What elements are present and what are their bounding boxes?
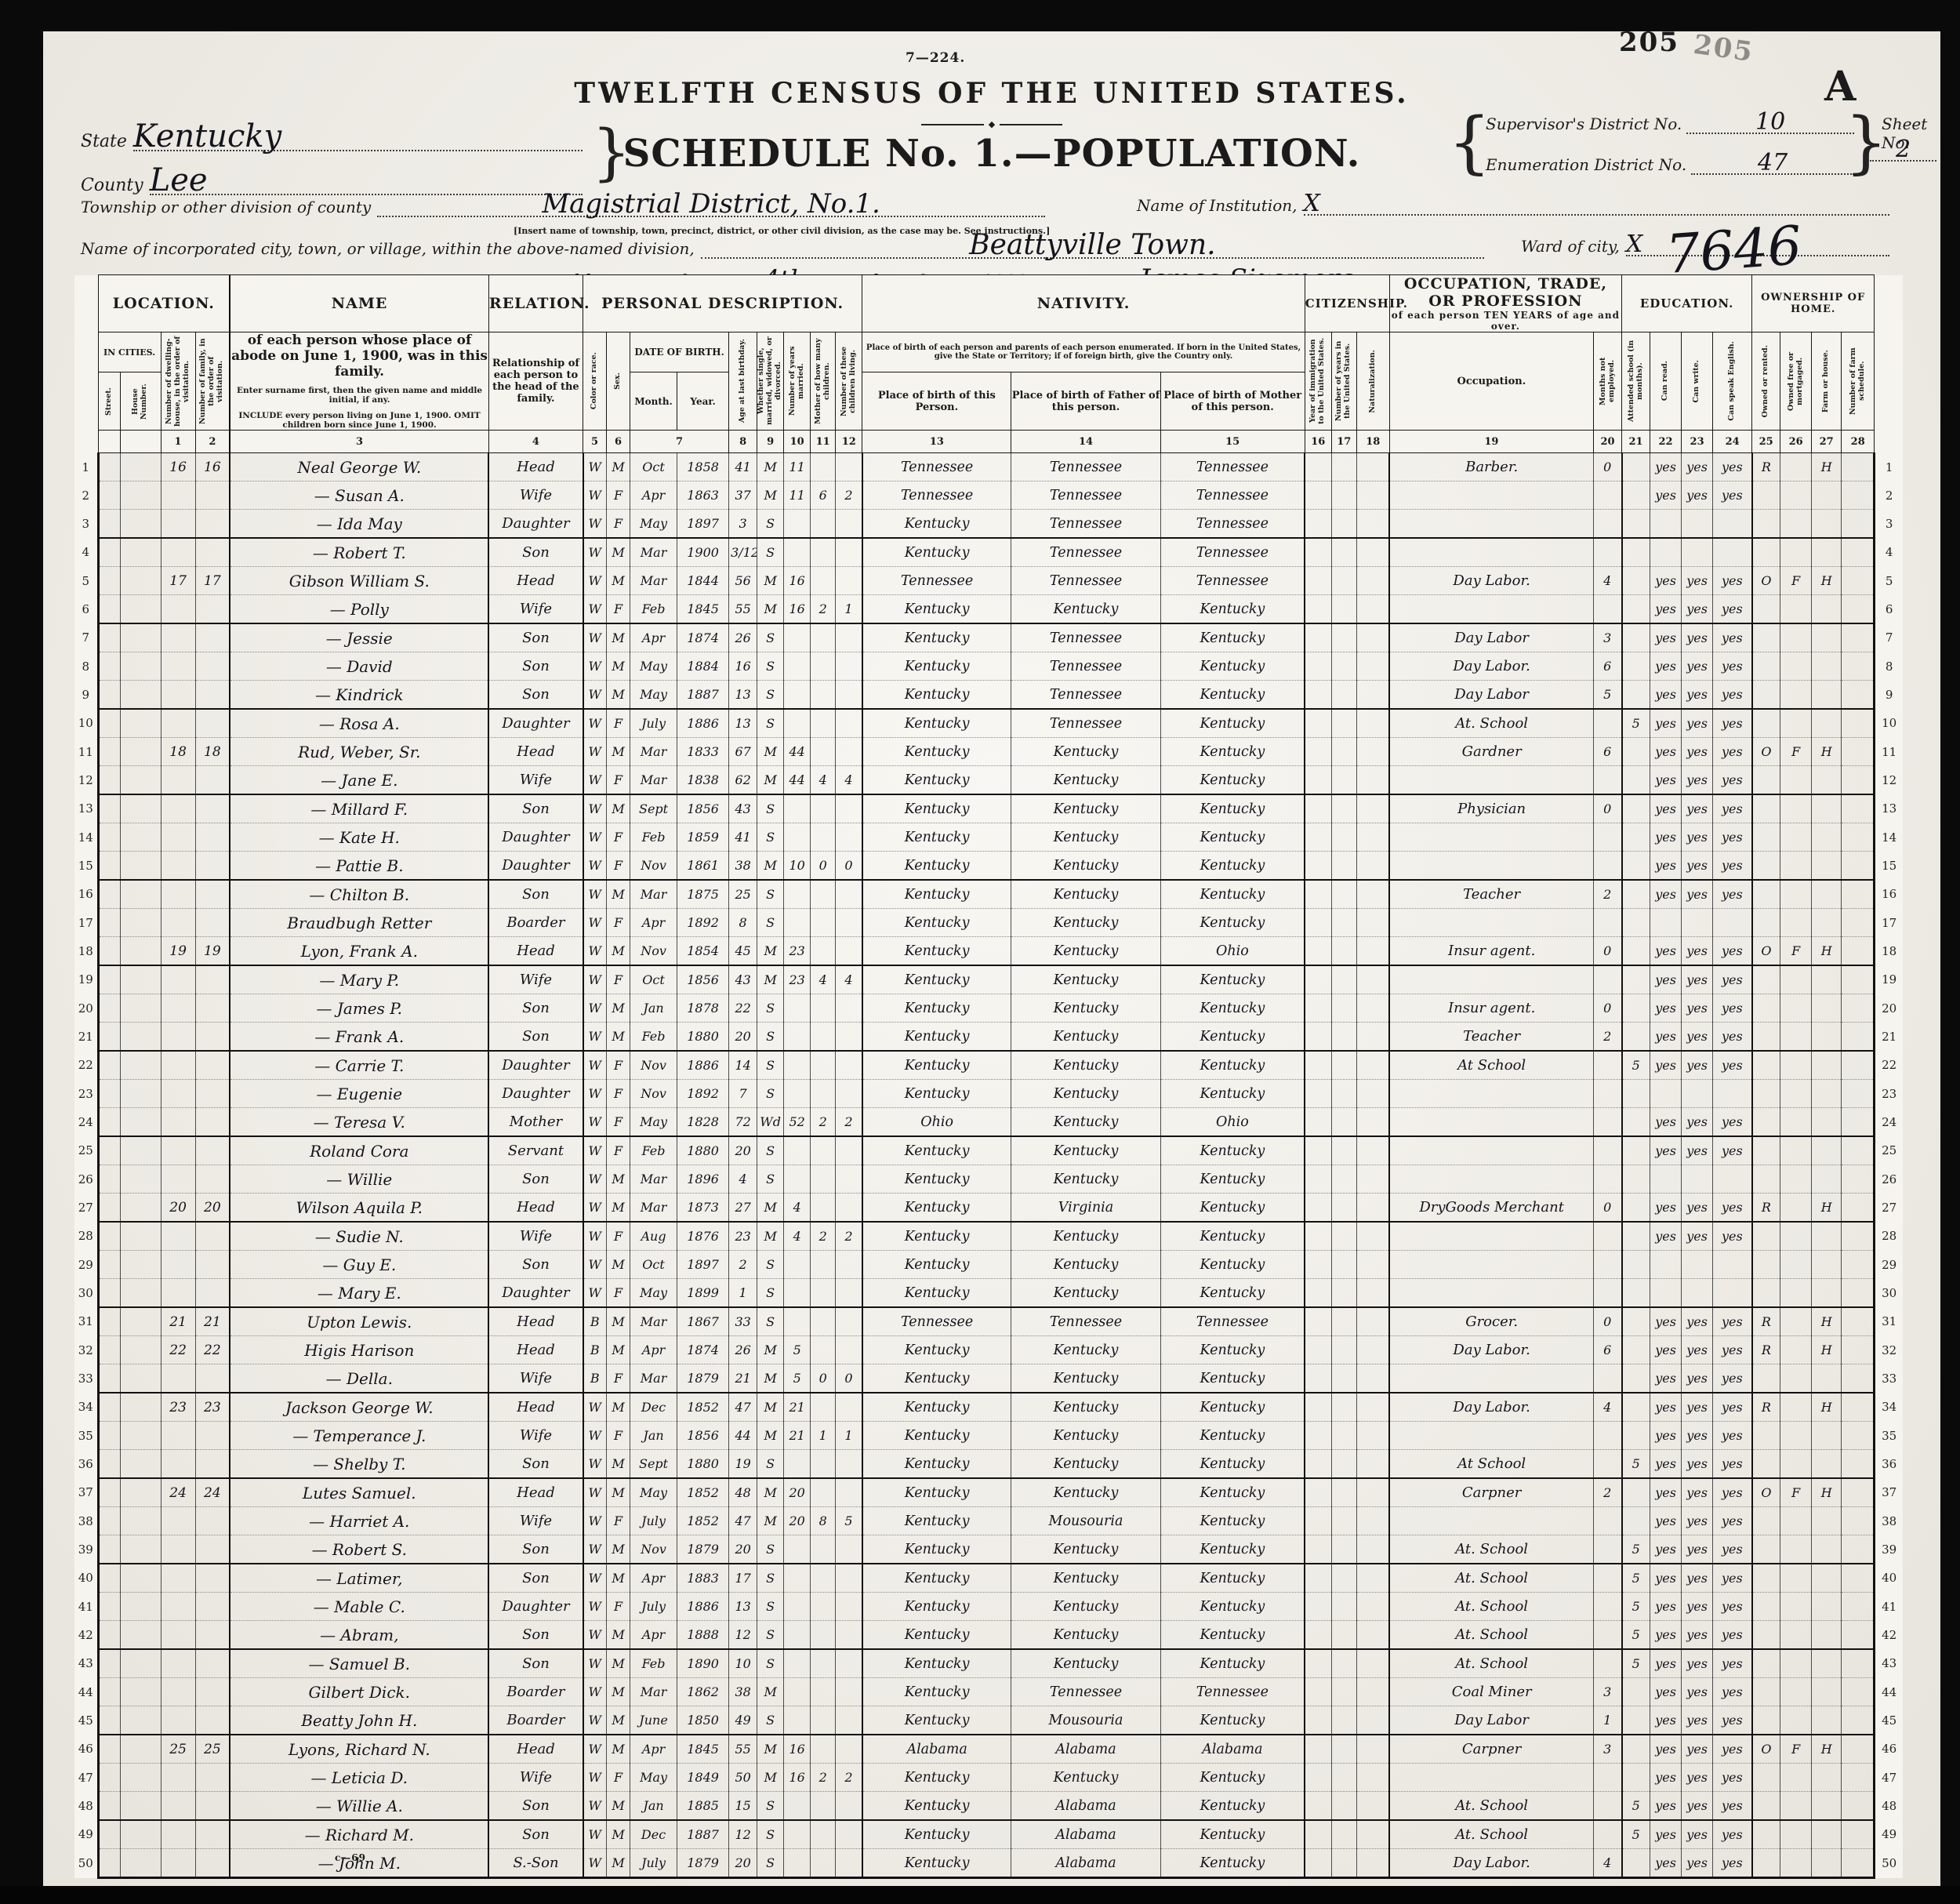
cell-months-not-employed	[1594, 1422, 1622, 1450]
cell-naturalization	[1356, 510, 1389, 539]
cell-relation: Wife	[488, 1222, 583, 1251]
cell-birth-year: 1856	[677, 794, 729, 823]
cell-name: Lutes Samuel.	[230, 1478, 488, 1507]
cell-mother-of-children: 0	[811, 852, 836, 881]
cell-birth-year: 1875	[677, 880, 729, 909]
cell-birth-year: 1867	[677, 1307, 729, 1336]
cell-owned-rented	[1752, 965, 1780, 994]
cell-birth-year: 1854	[677, 937, 729, 966]
cell-occupation	[1389, 1251, 1593, 1279]
cell-family-number: 23	[195, 1393, 230, 1422]
cell-family-number	[195, 1165, 230, 1194]
cell-mother-of-children: 1	[811, 1422, 836, 1450]
line-number-right: 27	[1875, 1194, 1903, 1223]
cell-pob-person: Tennessee	[862, 453, 1011, 481]
cell-immigration-year	[1305, 1649, 1331, 1678]
cell-immigration-year	[1305, 623, 1331, 652]
cell-street	[98, 1051, 120, 1080]
cell-street	[98, 1792, 120, 1821]
cell-mother-of-children	[811, 1649, 836, 1678]
cell-street	[98, 510, 120, 539]
cell-birth-month: Mar	[630, 567, 677, 595]
cell-free-mortgaged	[1780, 1364, 1812, 1393]
line-number-right: 26	[1875, 1165, 1903, 1194]
cell-years-in-us	[1331, 1849, 1356, 1878]
cell-naturalization	[1356, 538, 1389, 567]
cell-owned-rented	[1752, 623, 1780, 652]
cell-owned-rented	[1752, 1849, 1780, 1878]
cell-pob-father: Tennessee	[1011, 453, 1160, 481]
cell-children-living	[836, 1051, 862, 1080]
cell-children-living: 1	[836, 1422, 862, 1450]
cell-farm-schedule	[1842, 623, 1875, 652]
cell-can-write	[1682, 1279, 1713, 1308]
cell-mother-of-children	[811, 1792, 836, 1821]
cell-pob-person: Kentucky	[862, 681, 1011, 710]
cell-children-living	[836, 994, 862, 1023]
cell-occupation	[1389, 1507, 1593, 1535]
cell-relation: Son	[488, 1251, 583, 1279]
cell-years-married: 23	[784, 965, 811, 994]
cell-sex: F	[607, 823, 630, 852]
cell-birth-year: 1879	[677, 1849, 729, 1878]
line-number-left: 39	[74, 1535, 98, 1564]
cell-street	[98, 1621, 120, 1650]
cell-sex: M	[607, 1165, 630, 1194]
cell-family-number	[195, 1621, 230, 1650]
group-location: LOCATION.	[98, 275, 230, 332]
cell-relation: Daughter	[488, 1051, 583, 1080]
cell-children-living	[836, 652, 862, 681]
cell-free-mortgaged	[1780, 1422, 1812, 1450]
cell-can-speak-english: yes	[1713, 1108, 1752, 1137]
cell-color-race: W	[583, 1478, 607, 1507]
cell-years-married: 5	[784, 1364, 811, 1393]
cell-years-married	[784, 994, 811, 1023]
cell-farm-or-house	[1812, 652, 1842, 681]
cell-years-in-us	[1331, 1764, 1356, 1792]
cell-occupation: Physician	[1389, 794, 1593, 823]
cell-can-read	[1650, 1080, 1682, 1108]
line-number-right: 15	[1875, 852, 1903, 881]
cell-dwelling-number	[161, 1820, 195, 1849]
cell-relation: Boarder	[488, 909, 583, 937]
cell-can-write: yes	[1682, 852, 1713, 881]
cell-farm-or-house	[1812, 852, 1842, 881]
cell-relation: Boarder	[488, 1706, 583, 1735]
ward-value: X	[1626, 231, 1642, 258]
cell-occupation	[1389, 909, 1593, 937]
cell-street	[98, 1735, 120, 1764]
cell-years-in-us	[1331, 1649, 1356, 1678]
cell-occupation: Day Labor.	[1389, 1336, 1593, 1364]
enumeration-field: Enumeration District No. 47	[1486, 155, 1854, 175]
cell-birth-year: 1880	[677, 1450, 729, 1479]
cell-naturalization	[1356, 567, 1389, 595]
cell-owned-rented	[1752, 1507, 1780, 1535]
cell-family-number	[195, 1764, 230, 1792]
cell-children-living	[836, 1393, 862, 1422]
cell-months-not-employed: 4	[1594, 1849, 1622, 1878]
cell-years-married	[784, 1849, 811, 1878]
line-number-right: 25	[1875, 1136, 1903, 1165]
cell-name: Gibson William S.	[230, 567, 488, 595]
cell-pob-mother: Tennessee	[1160, 453, 1305, 481]
cell-immigration-year	[1305, 1080, 1331, 1108]
cell-years-married	[784, 909, 811, 937]
cell-sex: F	[607, 766, 630, 795]
cell-birth-year: 1886	[677, 1051, 729, 1080]
cell-can-speak-english: yes	[1713, 852, 1752, 881]
cell-can-speak-english: yes	[1713, 1336, 1752, 1364]
cell-mother-of-children	[811, 681, 836, 710]
cell-years-married: 52	[784, 1108, 811, 1137]
cell-color-race: W	[583, 709, 607, 738]
cell-attended-school	[1622, 823, 1650, 852]
cell-relation: Wife	[488, 1422, 583, 1450]
cell-children-living	[836, 880, 862, 909]
cell-occupation	[1389, 1108, 1593, 1137]
cell-farm-schedule	[1842, 1108, 1875, 1137]
cell-sex: F	[607, 1507, 630, 1535]
line-number-left: 29	[74, 1251, 98, 1279]
cell-months-not-employed: 4	[1594, 1393, 1622, 1422]
cell-mother-of-children	[811, 453, 836, 481]
cell-children-living: 5	[836, 1507, 862, 1535]
cell-relation: Son	[488, 1649, 583, 1678]
colnum-20: 20	[1594, 431, 1622, 453]
col-farm-schedule-number: Number of farm schedule.	[1842, 332, 1875, 431]
cell-can-read: yes	[1650, 1108, 1682, 1137]
cell-naturalization	[1356, 1279, 1389, 1308]
cell-mother-of-children	[811, 909, 836, 937]
cell-attended-school	[1622, 965, 1650, 994]
cell-farm-or-house	[1812, 1764, 1842, 1792]
line-number-right: 45	[1875, 1706, 1903, 1735]
cell-months-not-employed: 6	[1594, 652, 1622, 681]
cell-name: Jackson George W.	[230, 1393, 488, 1422]
cell-pob-mother: Kentucky	[1160, 1080, 1305, 1108]
line-number-right: 10	[1875, 709, 1903, 738]
cell-pob-person: Kentucky	[862, 1478, 1011, 1507]
cell-can-read: yes	[1650, 1764, 1682, 1792]
cell-age: 13	[729, 1593, 757, 1621]
cell-family-number	[195, 823, 230, 852]
cell-mother-of-children	[811, 538, 836, 567]
cell-color-race: W	[583, 567, 607, 595]
cell-occupation: Barber.	[1389, 453, 1593, 481]
colnum-11: 11	[811, 431, 836, 453]
cell-color-race: W	[583, 738, 607, 766]
cell-relation: Son	[488, 1535, 583, 1564]
cell-dwelling-number	[161, 965, 195, 994]
cell-family-number	[195, 623, 230, 652]
cell-owned-rented: R	[1752, 1307, 1780, 1336]
cell-pob-person: Kentucky	[862, 538, 1011, 567]
cell-months-not-employed	[1594, 1621, 1622, 1650]
cell-owned-rented	[1752, 794, 1780, 823]
cell-immigration-year	[1305, 538, 1331, 567]
cell-pob-person: Kentucky	[862, 1422, 1011, 1450]
cell-pob-mother: Tennessee	[1160, 481, 1305, 510]
cell-street	[98, 1222, 120, 1251]
cell-pob-mother: Kentucky	[1160, 681, 1305, 710]
cell-pob-person: Kentucky	[862, 1849, 1011, 1878]
line-number-right: 35	[1875, 1422, 1903, 1450]
cell-occupation: At School	[1389, 1450, 1593, 1479]
cell-mother-of-children	[811, 1051, 836, 1080]
cell-years-in-us	[1331, 1023, 1356, 1052]
cell-mother-of-children	[811, 880, 836, 909]
cell-mother-of-children	[811, 1678, 836, 1706]
cell-can-write	[1682, 1251, 1713, 1279]
cell-birth-month: May	[630, 681, 677, 710]
cell-farm-schedule	[1842, 709, 1875, 738]
cell-dwelling-number: 17	[161, 567, 195, 595]
cell-house-number	[120, 453, 161, 481]
cell-can-speak-english: yes	[1713, 1136, 1752, 1165]
line-number-left: 31	[74, 1307, 98, 1336]
cell-naturalization	[1356, 709, 1389, 738]
group-education: EDUCATION.	[1622, 275, 1752, 332]
cell-birth-month: May	[630, 1279, 677, 1308]
cell-name: — Susan A.	[230, 481, 488, 510]
cell-pob-mother: Kentucky	[1160, 1023, 1305, 1052]
cell-months-not-employed	[1594, 1279, 1622, 1308]
cell-pob-person: Kentucky	[862, 1820, 1011, 1849]
cell-years-married	[784, 1165, 811, 1194]
cell-occupation: DryGoods Merchant	[1389, 1194, 1593, 1223]
cell-can-write: yes	[1682, 1336, 1713, 1364]
cell-occupation: Day Labor	[1389, 1706, 1593, 1735]
cell-relation: Wife	[488, 595, 583, 624]
cell-free-mortgaged	[1780, 453, 1812, 481]
person-row-10: 10— Rosa A.DaughterWFJuly188613SKentucky…	[74, 709, 1903, 738]
cell-children-living	[836, 1621, 862, 1650]
cell-can-read: yes	[1650, 1422, 1682, 1450]
cell-street	[98, 1593, 120, 1621]
cell-street	[98, 937, 120, 966]
cell-birth-year: 1856	[677, 1422, 729, 1450]
cell-relation: Son	[488, 994, 583, 1023]
cell-farm-or-house: H	[1812, 937, 1842, 966]
cell-naturalization	[1356, 1678, 1389, 1706]
cell-months-not-employed	[1594, 595, 1622, 624]
cell-pob-father: Mousouria	[1011, 1706, 1160, 1735]
cell-street	[98, 453, 120, 481]
cell-birth-month: Feb	[630, 595, 677, 624]
cell-birth-year: 1888	[677, 1621, 729, 1650]
cell-marital: S	[757, 1535, 784, 1564]
cell-pob-father: Kentucky	[1011, 1764, 1160, 1792]
cell-dwelling-number: 20	[161, 1194, 195, 1223]
cell-street	[98, 1450, 120, 1479]
cell-free-mortgaged	[1780, 766, 1812, 795]
cell-relation: Son	[488, 681, 583, 710]
cell-mother-of-children: 8	[811, 1507, 836, 1535]
cell-years-married: 16	[784, 595, 811, 624]
cell-age: 43	[729, 965, 757, 994]
cell-months-not-employed	[1594, 823, 1622, 852]
cell-months-not-employed	[1594, 1222, 1622, 1251]
cell-can-speak-english	[1713, 1080, 1752, 1108]
cell-street	[98, 880, 120, 909]
cell-relation: Head	[488, 738, 583, 766]
colnum-7: 7	[630, 431, 729, 453]
sheet-no-value: 2	[1896, 136, 1911, 163]
cell-immigration-year	[1305, 1222, 1331, 1251]
line-number-right: 5	[1875, 567, 1903, 595]
cell-dwelling-number	[161, 994, 195, 1023]
cell-occupation	[1389, 538, 1593, 567]
cell-free-mortgaged	[1780, 880, 1812, 909]
cell-can-read	[1650, 510, 1682, 539]
cell-years-in-us	[1331, 1279, 1356, 1308]
line-number-right: 42	[1875, 1621, 1903, 1650]
cell-free-mortgaged	[1780, 1165, 1812, 1194]
cell-farm-schedule	[1842, 567, 1875, 595]
col-sex: Sex.	[607, 332, 630, 431]
cell-children-living	[836, 1023, 862, 1052]
col-farm-or-house-label: Farm or house.	[1822, 350, 1831, 412]
cell-family-number	[195, 1279, 230, 1308]
cell-months-not-employed	[1594, 1820, 1622, 1849]
col-immigration-year: Year of immigration to the United States…	[1305, 332, 1331, 431]
cell-street	[98, 567, 120, 595]
cell-birth-year: 1900	[677, 538, 729, 567]
cell-age: 41	[729, 453, 757, 481]
col-street-label: Street.	[105, 387, 114, 416]
cell-pob-person: Kentucky	[862, 965, 1011, 994]
cell-naturalization	[1356, 1478, 1389, 1507]
cell-mother-of-children	[811, 1564, 836, 1593]
cell-occupation: Insur agent.	[1389, 994, 1593, 1023]
cell-marital: S	[757, 1621, 784, 1650]
line-number-right: 12	[1875, 766, 1903, 795]
line-number-left: 40	[74, 1564, 98, 1593]
line-number-left: 30	[74, 1279, 98, 1308]
cell-dwelling-number	[161, 538, 195, 567]
cell-occupation	[1389, 852, 1593, 881]
cell-children-living	[836, 738, 862, 766]
person-row-25: 25Roland CoraServantWFFeb188020SKentucky…	[74, 1136, 1903, 1165]
cell-pob-mother: Kentucky	[1160, 709, 1305, 738]
cell-children-living	[836, 1478, 862, 1507]
cell-family-number: 17	[195, 567, 230, 595]
col-years-married-label: Number of years married.	[789, 336, 806, 427]
cell-can-write: yes	[1682, 1108, 1713, 1137]
col-house-number-label: House Number.	[132, 381, 149, 422]
line-number-right: 16	[1875, 880, 1903, 909]
cell-free-mortgaged: F	[1780, 1478, 1812, 1507]
cell-dwelling-number	[161, 1849, 195, 1878]
cell-mother-of-children	[811, 709, 836, 738]
cell-sex: M	[607, 453, 630, 481]
cell-free-mortgaged	[1780, 1764, 1812, 1792]
cell-pob-mother: Tennessee	[1160, 510, 1305, 539]
cell-relation: Head	[488, 1336, 583, 1364]
cell-years-married	[784, 1023, 811, 1052]
cell-name: — Shelby T.	[230, 1450, 488, 1479]
cell-age: 3	[729, 510, 757, 539]
line-number-left: 46	[74, 1735, 98, 1764]
cell-attended-school	[1622, 595, 1650, 624]
cell-naturalization	[1356, 909, 1389, 937]
cell-marital: S	[757, 1706, 784, 1735]
cell-mother-of-children	[811, 937, 836, 966]
cell-occupation: Day Labor.	[1389, 567, 1593, 595]
cell-owned-rented	[1752, 766, 1780, 795]
cell-pob-father: Kentucky	[1011, 1564, 1160, 1593]
cell-color-race: W	[583, 1706, 607, 1735]
col-age: Age at last birthday.	[729, 332, 757, 431]
cell-can-read: yes	[1650, 794, 1682, 823]
cell-free-mortgaged	[1780, 823, 1812, 852]
cell-can-write: yes	[1682, 1593, 1713, 1621]
cell-dwelling-number	[161, 1792, 195, 1821]
cell-naturalization	[1356, 623, 1389, 652]
cell-birth-month: Sept	[630, 1450, 677, 1479]
cell-name: — Mary E.	[230, 1279, 488, 1308]
cell-immigration-year	[1305, 766, 1331, 795]
cell-can-read: yes	[1650, 738, 1682, 766]
cell-age: 21	[729, 1364, 757, 1393]
cell-name: Braudbugh Retter	[230, 909, 488, 937]
cell-street	[98, 794, 120, 823]
cell-pob-father: Kentucky	[1011, 1621, 1160, 1650]
cell-pob-father: Alabama	[1011, 1792, 1160, 1821]
cell-naturalization	[1356, 1165, 1389, 1194]
cell-marital: M	[757, 1735, 784, 1764]
cell-dwelling-number	[161, 1279, 195, 1308]
cell-pob-father: Kentucky	[1011, 1023, 1160, 1052]
cell-occupation: Day Labor.	[1389, 652, 1593, 681]
cell-years-married: 21	[784, 1422, 811, 1450]
cell-pob-person: Kentucky	[862, 1507, 1011, 1535]
cell-owned-rented	[1752, 1678, 1780, 1706]
cell-birth-year: 1845	[677, 595, 729, 624]
cell-name: — Pattie B.	[230, 852, 488, 881]
cell-color-race: W	[583, 1080, 607, 1108]
cell-pob-mother: Tennessee	[1160, 1307, 1305, 1336]
group-name: NAME	[230, 275, 488, 332]
cell-farm-schedule	[1842, 1222, 1875, 1251]
cell-mother-of-children	[811, 652, 836, 681]
cell-can-read: yes	[1650, 852, 1682, 881]
cell-farm-schedule	[1842, 1764, 1875, 1792]
cell-dwelling-number	[161, 681, 195, 710]
cell-pob-person: Kentucky	[862, 1792, 1011, 1821]
cell-family-number	[195, 880, 230, 909]
cell-naturalization	[1356, 1792, 1389, 1821]
line-number-right: 24	[1875, 1108, 1903, 1137]
cell-free-mortgaged	[1780, 1450, 1812, 1479]
cell-free-mortgaged	[1780, 538, 1812, 567]
cell-years-in-us	[1331, 1080, 1356, 1108]
cell-birth-month: Apr	[630, 1564, 677, 1593]
title-divider: ◆	[913, 119, 1070, 129]
cell-birth-month: Oct	[630, 453, 677, 481]
cell-pob-person: Kentucky	[862, 852, 1011, 881]
cell-family-number: 21	[195, 1307, 230, 1336]
colnum-5: 5	[583, 431, 607, 453]
cell-years-in-us	[1331, 1165, 1356, 1194]
cell-owned-rented	[1752, 1023, 1780, 1052]
cell-pob-mother: Kentucky	[1160, 1422, 1305, 1450]
cell-free-mortgaged	[1780, 1307, 1812, 1336]
cell-sex: M	[607, 1621, 630, 1650]
cell-marital: S	[757, 681, 784, 710]
